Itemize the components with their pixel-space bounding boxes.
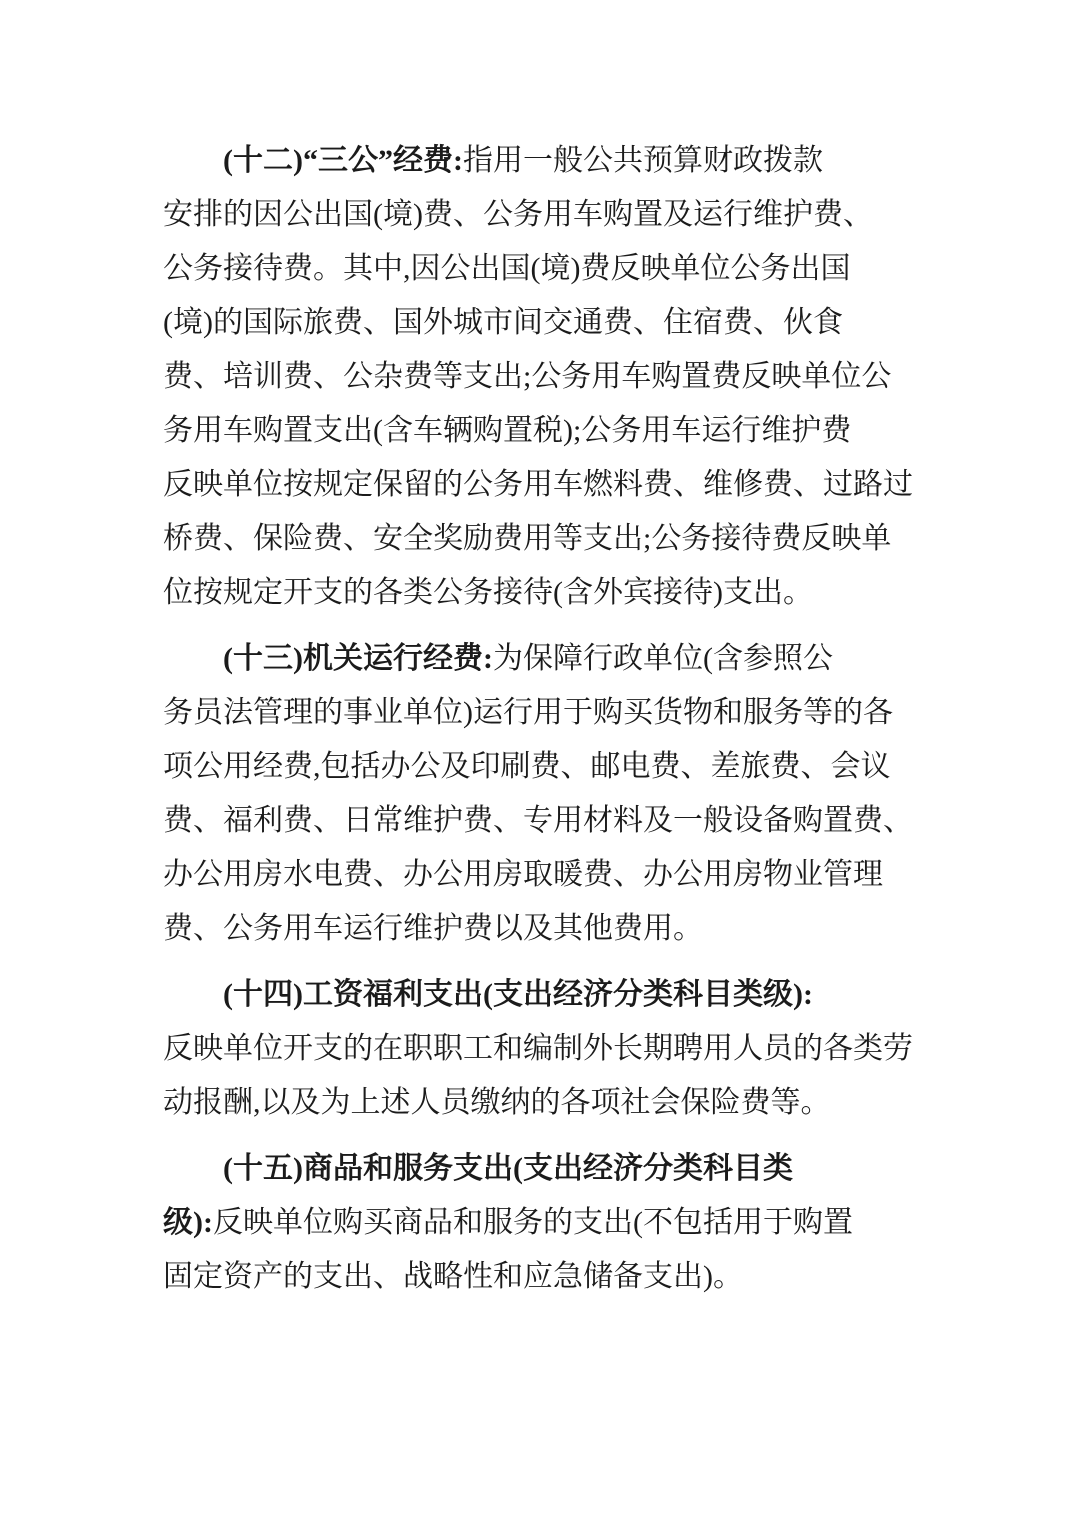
text-line: 动报酬,以及为上述人员缴纳的各项社会保险费等。: [163, 1076, 915, 1130]
text-line: 费、培训费、公杂费等支出;公务用车购置费反映单位公: [163, 350, 915, 404]
text-line: 办公用房水电费、办公用房取暖费、办公用房物业管理: [163, 848, 915, 902]
text-line: (十三)机关运行经费:为保障行政单位(含参照公: [163, 632, 915, 686]
text-line: 反映单位开支的在职职工和编制外长期聘用人员的各类劳: [163, 1022, 915, 1076]
term-lead: (十三)机关运行经费:: [223, 642, 493, 675]
definition-paragraph: (十二)“三公”经费:指用一般公共预算财政拨款安排的因公出国(境)费、公务用车购…: [163, 134, 915, 620]
document-page-content: (十二)“三公”经费:指用一般公共预算财政拨款安排的因公出国(境)费、公务用车购…: [163, 134, 915, 1316]
term-lead: 级):: [163, 1206, 213, 1239]
text-line: 固定资产的支出、战略性和应急储备支出)。: [163, 1250, 915, 1304]
term-lead: (十二)“三公”经费:: [223, 144, 463, 177]
text-run: 反映单位购买商品和服务的支出(不包括用于购置: [213, 1206, 853, 1239]
term-lead: (十五)商品和服务支出(支出经济分类科目类: [223, 1152, 793, 1185]
term-lead: (十四)工资福利支出(支出经济分类科目类级):: [223, 978, 813, 1011]
text-line: 费、公务用车运行维护费以及其他费用。: [163, 902, 915, 956]
text-line: 位按规定开支的各类公务接待(含外宾接待)支出。: [163, 566, 915, 620]
text-line: (十二)“三公”经费:指用一般公共预算财政拨款: [163, 134, 915, 188]
text-line: 级):反映单位购买商品和服务的支出(不包括用于购置: [163, 1196, 915, 1250]
definition-paragraph: (十五)商品和服务支出(支出经济分类科目类级):反映单位购买商品和服务的支出(不…: [163, 1142, 915, 1304]
text-line: 公务接待费。其中,因公出国(境)费反映单位公务出国: [163, 242, 915, 296]
text-line: 费、福利费、日常维护费、专用材料及一般设备购置费、: [163, 794, 915, 848]
text-line: 务员法管理的事业单位)运行用于购买货物和服务等的各: [163, 686, 915, 740]
text-run: 指用一般公共预算财政拨款: [463, 144, 823, 177]
text-run: 为保障行政单位(含参照公: [493, 642, 833, 675]
text-line: 桥费、保险费、安全奖励费用等支出;公务接待费反映单: [163, 512, 915, 566]
text-line: (境)的国际旅费、国外城市间交通费、住宿费、伙食: [163, 296, 915, 350]
definition-paragraph: (十四)工资福利支出(支出经济分类科目类级):反映单位开支的在职职工和编制外长期…: [163, 968, 915, 1130]
text-line: (十四)工资福利支出(支出经济分类科目类级):: [163, 968, 915, 1022]
text-line: 反映单位按规定保留的公务用车燃料费、维修费、过路过: [163, 458, 915, 512]
text-line: 安排的因公出国(境)费、公务用车购置及运行维护费、: [163, 188, 915, 242]
text-line: 务用车购置支出(含车辆购置税);公务用车运行维护费: [163, 404, 915, 458]
definition-paragraph: (十三)机关运行经费:为保障行政单位(含参照公务员法管理的事业单位)运行用于购买…: [163, 632, 915, 956]
text-line: (十五)商品和服务支出(支出经济分类科目类: [163, 1142, 915, 1196]
document-page: (十二)“三公”经费:指用一般公共预算财政拨款安排的因公出国(境)费、公务用车购…: [0, 0, 1075, 1520]
text-line: 项公用经费,包括办公及印刷费、邮电费、差旅费、会议: [163, 740, 915, 794]
